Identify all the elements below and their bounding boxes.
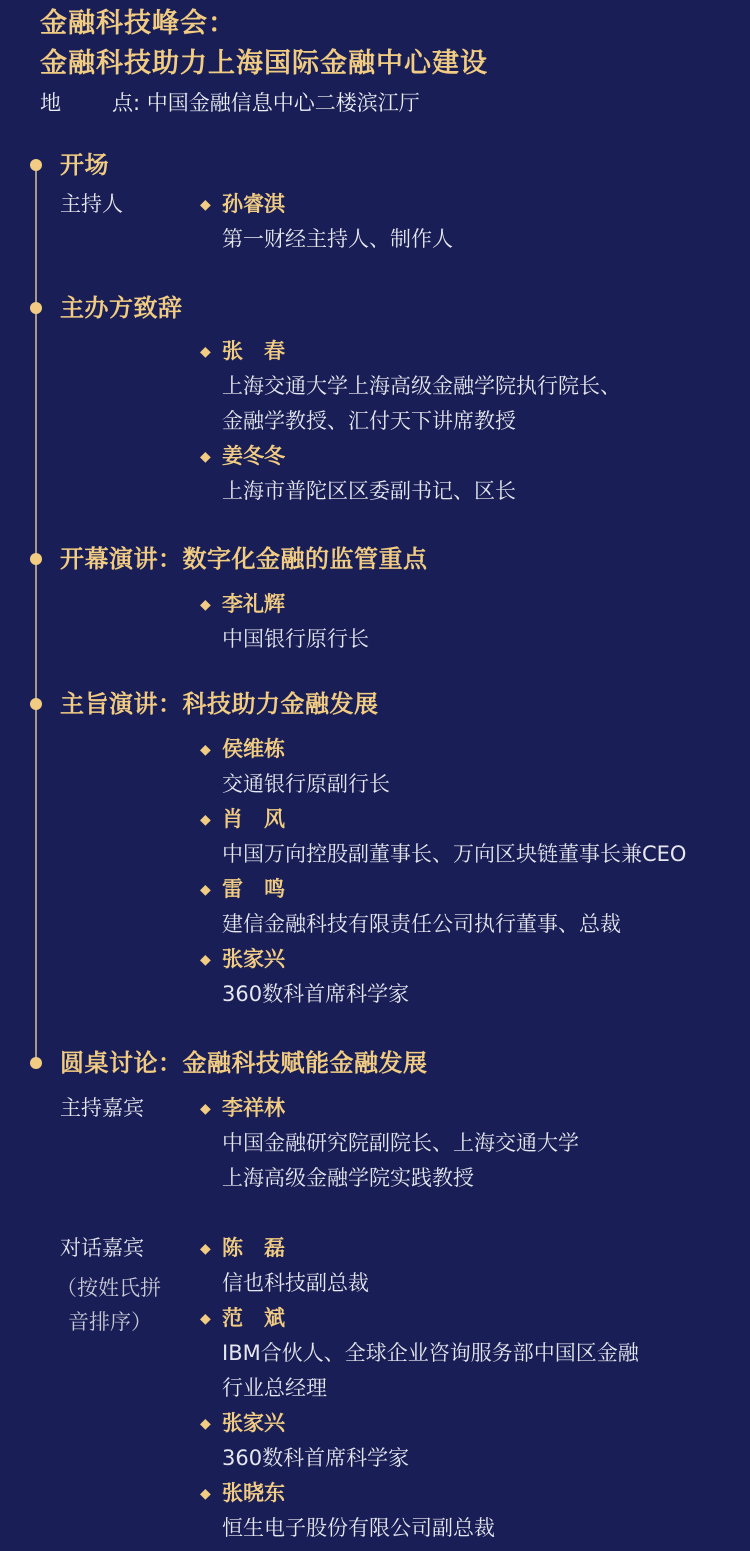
person-name: ◆肖 风 [200, 802, 285, 837]
person-name: ◆侯维栋 [200, 732, 285, 767]
section-title-opening-speech: 开幕演讲：数字化金融的监管重点 [60, 542, 428, 576]
section-title-roundtable: 圆桌讨论：金融科技赋能金融发展 [60, 1046, 428, 1080]
diamond-bullet-icon: ◆ [200, 1092, 222, 1126]
role-label-moderator: 主持嘉宾 [60, 1091, 144, 1125]
person-title: 中国银行原行长 [222, 622, 369, 656]
person-name: ◆雷 鸣 [200, 872, 285, 907]
person-name: ◆张家兴 [200, 942, 285, 977]
diamond-bullet-icon: ◆ [200, 188, 222, 222]
timeline-dot-icon [30, 159, 42, 171]
role-note-line-1: （按姓氏拼 [56, 1271, 161, 1305]
diamond-bullet-icon: ◆ [200, 943, 222, 977]
diamond-bullet-icon: ◆ [200, 803, 222, 837]
person-name: ◆张 春 [200, 334, 285, 369]
diamond-bullet-icon: ◆ [200, 733, 222, 767]
venue-label-part-2: 点: [112, 91, 140, 115]
venue-value: 中国金融信息中心二楼滨江厅 [147, 91, 420, 115]
person-name: ◆张晓东 [200, 1476, 285, 1511]
diamond-bullet-icon: ◆ [200, 335, 222, 369]
page-title-line-1: 金融科技峰会： [40, 4, 236, 44]
person-name: ◆姜冬冬 [200, 439, 285, 474]
person-title: 上海交通大学上海高级金融学院执行院长、 [222, 369, 621, 403]
timeline-line [35, 165, 37, 1063]
person-title: 信也科技副总裁 [222, 1266, 369, 1300]
section-title-opening: 开场 [60, 148, 109, 182]
page-title-line-2: 金融科技助力上海国际金融中心建设 [40, 44, 488, 84]
person-title: IBM合伙人、全球企业咨询服务部中国区金融 [222, 1336, 639, 1370]
person-title: 建信金融科技有限责任公司执行董事、总裁 [222, 907, 621, 941]
timeline-dot-icon [30, 698, 42, 710]
diamond-bullet-icon: ◆ [200, 440, 222, 474]
diamond-bullet-icon: ◆ [200, 1302, 222, 1336]
venue: 地点: 中国金融信息中心二楼滨江厅 [40, 88, 420, 118]
person-name: ◆范 斌 [200, 1301, 285, 1336]
person-title: 行业总经理 [222, 1371, 327, 1405]
diamond-bullet-icon: ◆ [200, 873, 222, 907]
person-name: ◆孙睿淇 [200, 187, 285, 222]
role-note-line-2: 音排序） [68, 1305, 152, 1339]
diamond-bullet-icon: ◆ [200, 1232, 222, 1266]
timeline-dot-icon [30, 302, 42, 314]
person-name: ◆李礼辉 [200, 587, 285, 622]
diamond-bullet-icon: ◆ [200, 1407, 222, 1441]
diamond-bullet-icon: ◆ [200, 1477, 222, 1511]
venue-label-part-1: 地 [40, 88, 112, 118]
person-title: 金融学教授、汇付天下讲席教授 [222, 404, 516, 438]
person-title: 恒生电子股份有限公司副总裁 [222, 1511, 495, 1545]
person-title: 上海高级金融学院实践教授 [222, 1161, 474, 1195]
person-name: ◆李祥林 [200, 1091, 285, 1126]
section-title-host-remarks: 主办方致辞 [60, 291, 183, 325]
person-title: 中国金融研究院副院长、上海交通大学 [222, 1126, 579, 1160]
diamond-bullet-icon: ◆ [200, 588, 222, 622]
role-label-host: 主持人 [60, 187, 123, 221]
person-title: 上海市普陀区区委副书记、区长 [222, 474, 516, 508]
person-title: 第一财经主持人、制作人 [222, 222, 453, 256]
person-name: ◆陈 磊 [200, 1231, 285, 1266]
person-title: 中国万向控股副董事长、万向区块链董事长兼CEO [222, 837, 686, 871]
person-title: 交通银行原副行长 [222, 767, 390, 801]
person-title: 360数科首席科学家 [222, 977, 409, 1011]
person-name: ◆张家兴 [200, 1406, 285, 1441]
role-label-panelists: 对话嘉宾 [60, 1231, 144, 1265]
section-title-keynote: 主旨演讲：科技助力金融发展 [60, 687, 379, 721]
timeline-dot-icon [30, 553, 42, 565]
person-title: 360数科首席科学家 [222, 1441, 409, 1475]
timeline-dot-icon [30, 1057, 42, 1069]
